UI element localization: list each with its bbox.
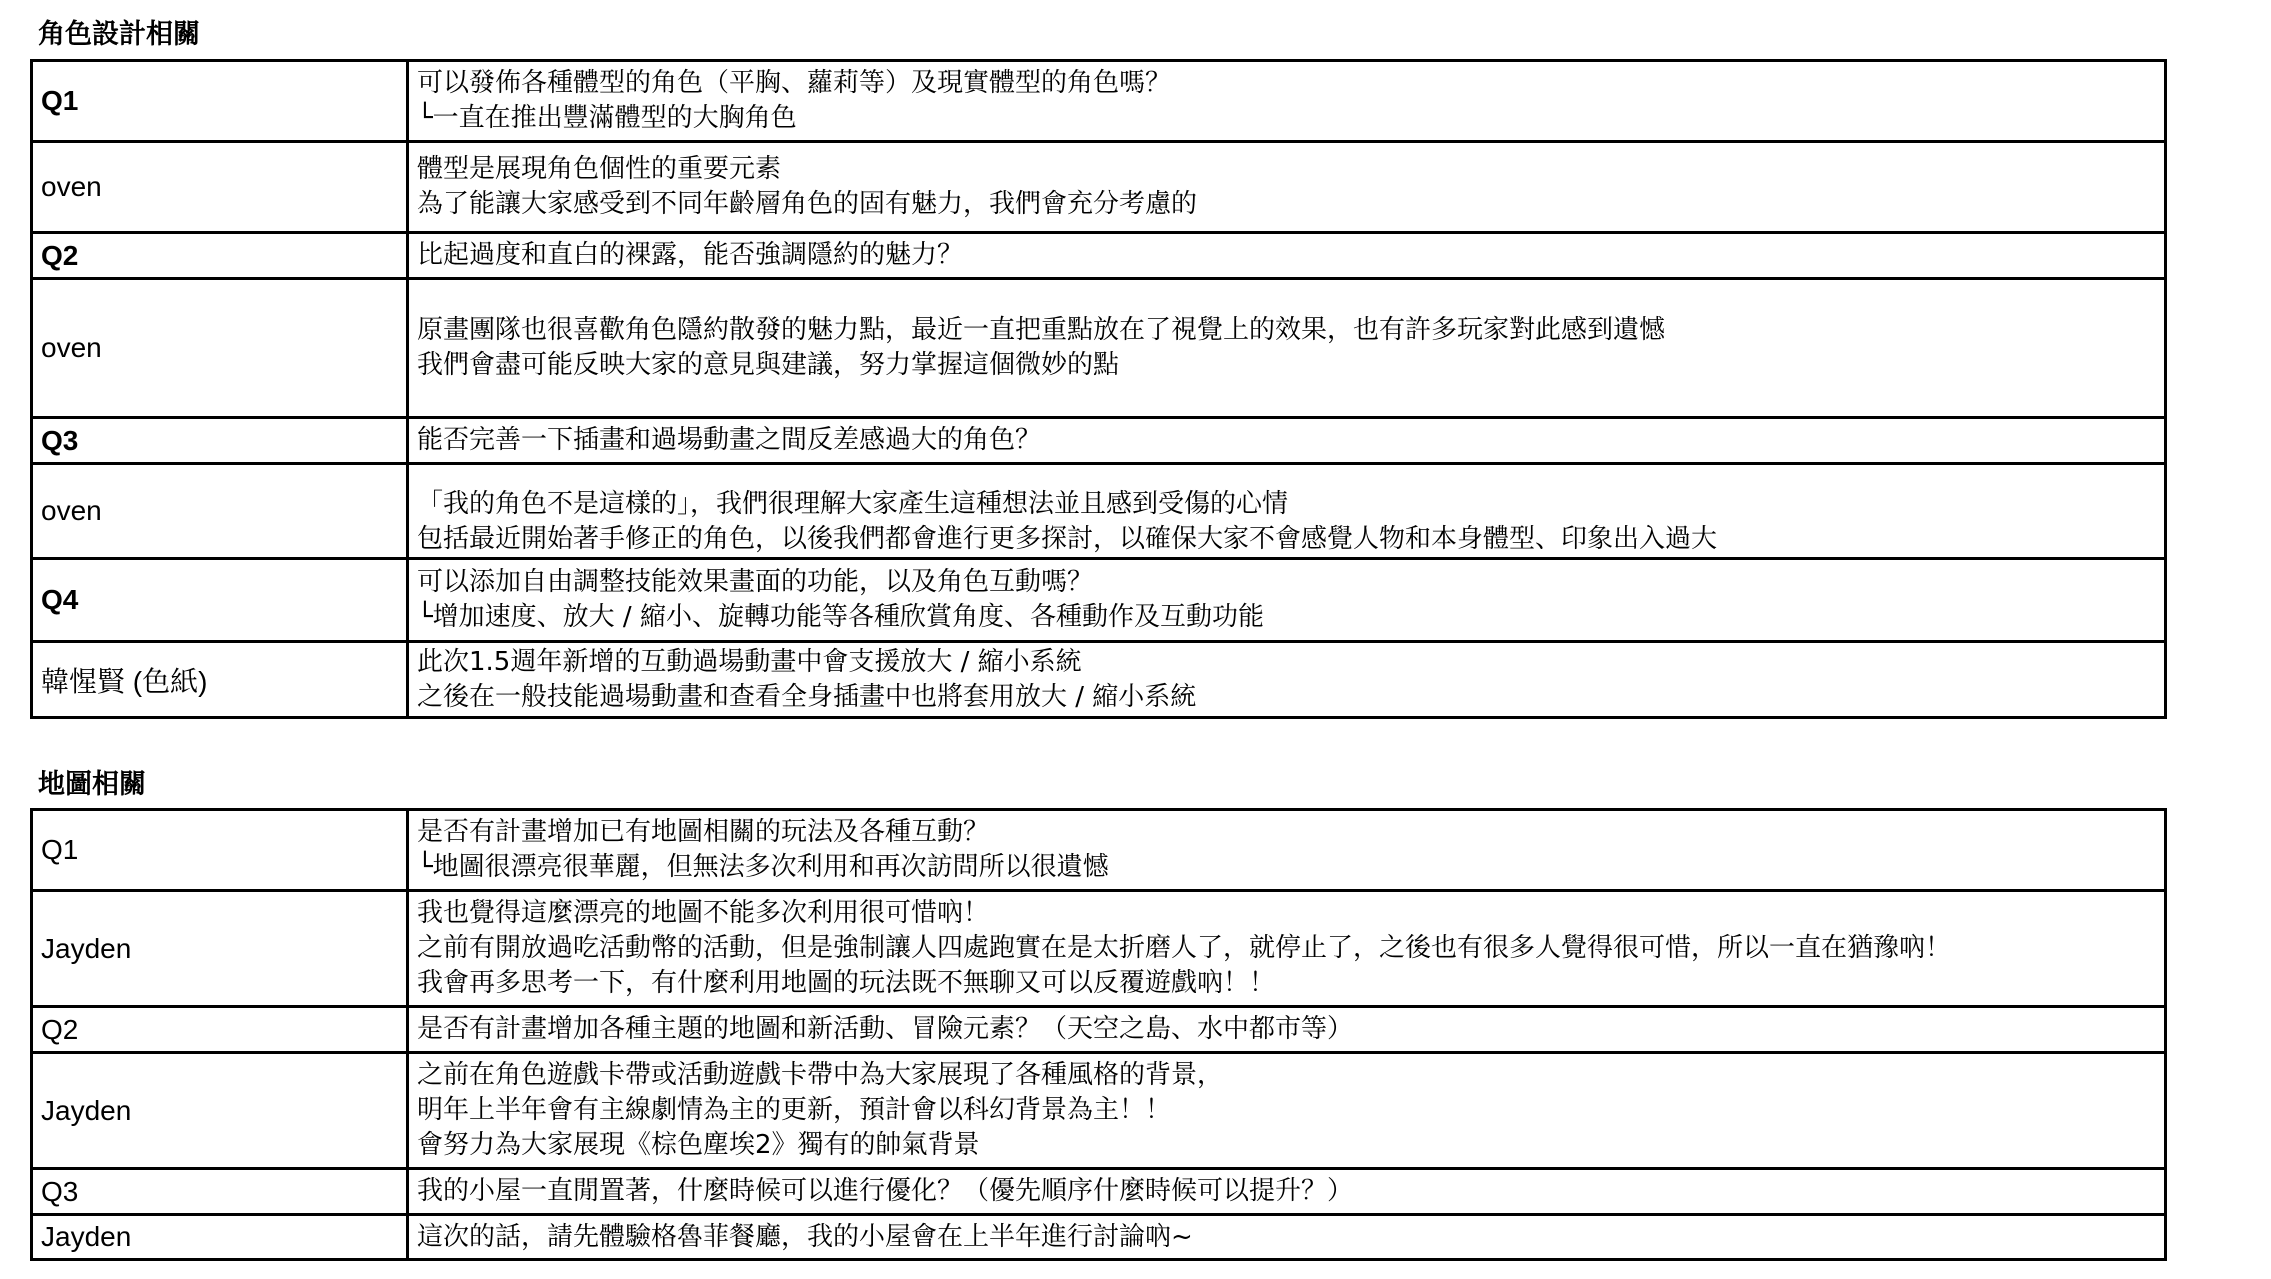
question-text: 可以添加自由調整技能效果畫面的功能，以及角色互動嗎？ └增加速度、放大 / 縮小… (408, 559, 2166, 642)
text-line: 之前在角色遊戲卡帶或活動遊戲卡帶中為大家展現了各種風格的背景， (417, 1058, 2156, 1093)
text-line: 能否完善一下插畫和過場動畫之間反差感過大的角色？ (417, 423, 2156, 458)
text-line: 此次1.5週年新增的互動過場動畫中會支援放大 / 縮小系統 (417, 645, 2156, 680)
text-line: 我也覺得這麼漂亮的地圖不能多次利用很可惜吶！ (417, 896, 2156, 931)
table-row: Q2 是否有計畫增加各種主題的地圖和新活動、冒險元素？（天空之島、水中都市等） (32, 1007, 2166, 1053)
text-line: 之後在一般技能過場動畫和查看全身插畫中也將套用放大 / 縮小系統 (417, 680, 2156, 715)
question-label: Q4 (32, 559, 408, 642)
table-row: Q3 我的小屋一直閒置著，什麼時候可以進行優化？（優先順序什麼時候可以提升？） (32, 1169, 2166, 1215)
answerer-label: Jayden (32, 1215, 408, 1260)
table-row: oven 「我的角色不是這樣的」，我們很理解大家產生這種想法並且感到受傷的心情 … (32, 464, 2166, 559)
answer-text: 此次1.5週年新增的互動過場動畫中會支援放大 / 縮小系統 之後在一般技能過場動… (408, 642, 2166, 718)
question-label: Q1 (32, 61, 408, 142)
answerer-label: Jayden (32, 1053, 408, 1169)
question-text: 可以發佈各種體型的角色（平胸、蘿莉等）及現實體型的角色嗎？ └一直在推出豐滿體型… (408, 61, 2166, 142)
question-text: 是否有計畫增加各種主題的地圖和新活動、冒險元素？（天空之島、水中都市等） (408, 1007, 2166, 1053)
answerer-label: Jayden (32, 891, 408, 1007)
table-row: 韓惺賢 (色紙) 此次1.5週年新增的互動過場動畫中會支援放大 / 縮小系統 之… (32, 642, 2166, 718)
answerer-label: oven (32, 142, 408, 233)
answerer-label: oven (32, 279, 408, 418)
question-label: Q3 (32, 418, 408, 464)
answer-text: 這次的話，請先體驗格魯菲餐廳，我的小屋會在上半年進行討論吶~ (408, 1215, 2166, 1260)
text-line: 原畫團隊也很喜歡角色隱約散發的魅力點，最近一直把重點放在了視覺上的效果，也有許多… (417, 313, 2156, 348)
table-row: Q1 可以發佈各種體型的角色（平胸、蘿莉等）及現實體型的角色嗎？ └一直在推出豐… (32, 61, 2166, 142)
text-line: 是否有計畫增加各種主題的地圖和新活動、冒險元素？（天空之島、水中都市等） (417, 1012, 2156, 1047)
table-row: Q3 能否完善一下插畫和過場動畫之間反差感過大的角色？ (32, 418, 2166, 464)
table-row: Jayden 之前在角色遊戲卡帶或活動遊戲卡帶中為大家展現了各種風格的背景， 明… (32, 1053, 2166, 1169)
table-row: Q2 比起過度和直白的裸露，能否強調隱約的魅力？ (32, 233, 2166, 279)
text-line: └地圖很漂亮很華麗，但無法多次利用和再次訪問所以很遺憾 (417, 850, 2156, 885)
text-line: 比起過度和直白的裸露，能否強調隱約的魅力？ (417, 238, 2156, 273)
question-label: Q1 (32, 810, 408, 891)
text-line: 可以添加自由調整技能效果畫面的功能，以及角色互動嗎？ (417, 565, 2156, 600)
text-line: 我會再多思考一下，有什麼利用地圖的玩法既不無聊又可以反覆遊戲吶！！ (417, 966, 2156, 1001)
section-title-map: 地圖相關 (38, 770, 146, 800)
question-label: Q3 (32, 1169, 408, 1215)
answerer-label: 韓惺賢 (色紙) (32, 642, 408, 718)
answer-text: 原畫團隊也很喜歡角色隱約散發的魅力點，最近一直把重點放在了視覺上的效果，也有許多… (408, 279, 2166, 418)
table-row: Q1 是否有計畫增加已有地圖相關的玩法及各種互動？ └地圖很漂亮很華麗，但無法多… (32, 810, 2166, 891)
text-line: 我的小屋一直閒置著，什麼時候可以進行優化？（優先順序什麼時候可以提升？） (417, 1174, 2156, 1209)
question-text: 是否有計畫增加已有地圖相關的玩法及各種互動？ └地圖很漂亮很華麗，但無法多次利用… (408, 810, 2166, 891)
text-line: 體型是展現角色個性的重要元素 (417, 152, 2156, 187)
question-text: 我的小屋一直閒置著，什麼時候可以進行優化？（優先順序什麼時候可以提升？） (408, 1169, 2166, 1215)
answer-text: 我也覺得這麼漂亮的地圖不能多次利用很可惜吶！ 之前有開放過吃活動幣的活動，但是強… (408, 891, 2166, 1007)
text-line: 會努力為大家展現《棕色塵埃2》獨有的帥氣背景 (417, 1128, 2156, 1163)
answerer-label: oven (32, 464, 408, 559)
question-label: Q2 (32, 233, 408, 279)
question-label: Q2 (32, 1007, 408, 1053)
text-line: 我們會盡可能反映大家的意見與建議，努力掌握這個微妙的點 (417, 348, 2156, 383)
answer-text: 體型是展現角色個性的重要元素 為了能讓大家感受到不同年齡層角色的固有魅力，我們會… (408, 142, 2166, 233)
character-design-qa-table: Q1 可以發佈各種體型的角色（平胸、蘿莉等）及現實體型的角色嗎？ └一直在推出豐… (30, 59, 2167, 719)
table-row: Jayden 這次的話，請先體驗格魯菲餐廳，我的小屋會在上半年進行討論吶~ (32, 1215, 2166, 1260)
text-line: └增加速度、放大 / 縮小、旋轉功能等各種欣賞角度、各種動作及互動功能 (417, 600, 2156, 635)
question-text: 能否完善一下插畫和過場動畫之間反差感過大的角色？ (408, 418, 2166, 464)
table-row: Q4 可以添加自由調整技能效果畫面的功能，以及角色互動嗎？ └增加速度、放大 /… (32, 559, 2166, 642)
text-line: 可以發佈各種體型的角色（平胸、蘿莉等）及現實體型的角色嗎？ (417, 66, 2156, 101)
text-line: 「我的角色不是這樣的」，我們很理解大家產生這種想法並且感到受傷的心情 (417, 487, 2156, 522)
question-text: 比起過度和直白的裸露，能否強調隱約的魅力？ (408, 233, 2166, 279)
text-line: 這次的話，請先體驗格魯菲餐廳，我的小屋會在上半年進行討論吶~ (417, 1220, 2156, 1255)
text-line: └一直在推出豐滿體型的大胸角色 (417, 101, 2156, 136)
table-row: oven 原畫團隊也很喜歡角色隱約散發的魅力點，最近一直把重點放在了視覺上的效果… (32, 279, 2166, 418)
text-line: 為了能讓大家感受到不同年齡層角色的固有魅力，我們會充分考慮的 (417, 187, 2156, 222)
table-row: oven 體型是展現角色個性的重要元素 為了能讓大家感受到不同年齡層角色的固有魅… (32, 142, 2166, 233)
section-title-character-design: 角色設計相關 (38, 20, 200, 50)
answer-text: 之前在角色遊戲卡帶或活動遊戲卡帶中為大家展現了各種風格的背景， 明年上半年會有主… (408, 1053, 2166, 1169)
answer-text: 「我的角色不是這樣的」，我們很理解大家產生這種想法並且感到受傷的心情 包括最近開… (408, 464, 2166, 559)
text-line: 包括最近開始著手修正的角色，以後我們都會進行更多探討，以確保大家不會感覺人物和本… (417, 522, 2156, 557)
table-row: Jayden 我也覺得這麼漂亮的地圖不能多次利用很可惜吶！ 之前有開放過吃活動幣… (32, 891, 2166, 1007)
text-line: 明年上半年會有主線劇情為主的更新，預計會以科幻背景為主！！ (417, 1093, 2156, 1128)
text-line: 之前有開放過吃活動幣的活動，但是強制讓人四處跑實在是太折磨人了，就停止了，之後也… (417, 931, 2156, 966)
text-line: 是否有計畫增加已有地圖相關的玩法及各種互動？ (417, 815, 2156, 850)
map-qa-table: Q1 是否有計畫增加已有地圖相關的玩法及各種互動？ └地圖很漂亮很華麗，但無法多… (30, 808, 2167, 1261)
